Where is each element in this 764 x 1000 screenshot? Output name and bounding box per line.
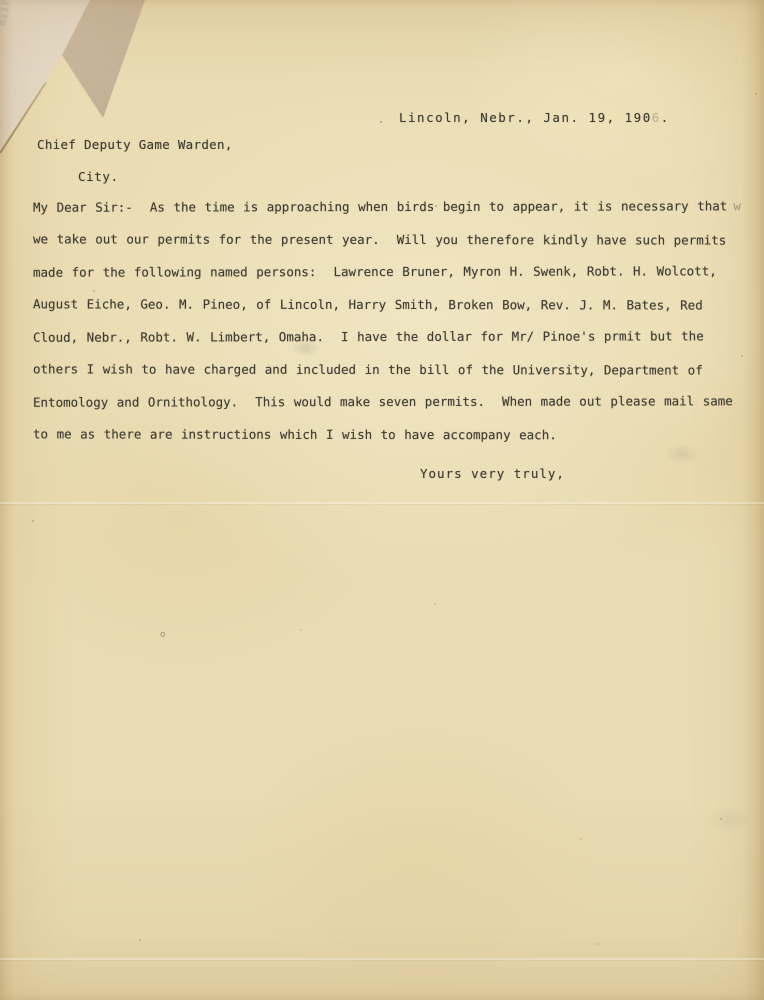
line-text: Entomology and Ornithology. This would m…	[33, 393, 733, 409]
line-text: we take out our permits for the present …	[33, 231, 726, 247]
line-text: made for the following named persons: La…	[33, 263, 717, 279]
ink-specks	[380, 121, 382, 123]
letter-line: we take out our permits for the present …	[33, 231, 755, 265]
dateline: Lincoln, Nebr., Jan. 19, 1906.	[399, 110, 670, 125]
faded-year-digit: 6	[652, 110, 661, 125]
letter-line: others I wish to have charged and includ…	[33, 361, 755, 395]
line-text: to me as there are instructions which I …	[33, 426, 557, 442]
letter-line: Entomology and Ornithology. This would m…	[33, 393, 755, 427]
dateline-period: .	[661, 110, 670, 125]
horizontal-fold-crease	[0, 958, 764, 960]
ghost-print-text: UTTLE	[0, 0, 12, 26]
letter-scan: ER TA UTTLE MI Lincoln, Nebr., Jan. 19, …	[0, 0, 764, 1000]
recipient-line: Chief Deputy Game Warden,	[37, 137, 233, 152]
rust-specks	[755, 93, 757, 95]
ink-smudge	[700, 800, 760, 840]
letter-line: My Dear Sir:- As the time is approaching…	[33, 198, 755, 232]
horizontal-fold-crease	[0, 502, 764, 504]
stray-ink-mark: o	[160, 630, 165, 640]
letter-line: to me as there are instructions which I …	[33, 426, 755, 460]
line-text: Cloud, Nebr., Robt. W. Limbert, Omaha. I…	[33, 328, 704, 344]
letter-line: Cloud, Nebr., Robt. W. Limbert, Omaha. I…	[33, 328, 755, 362]
letter-line: made for the following named persons: La…	[33, 263, 755, 297]
closing-line: Yours very truly,	[420, 466, 565, 481]
faint-stray-letter: w	[733, 198, 741, 213]
line-text: August Eiche, Geo. M. Pineo, of Lincoln,…	[33, 296, 703, 312]
line-text: My Dear Sir:- As the time is approaching…	[33, 198, 727, 214]
letter-line: August Eiche, Geo. M. Pineo, of Lincoln,…	[33, 296, 755, 330]
dateline-text: Lincoln, Nebr., Jan. 19, 190	[399, 110, 652, 125]
line-text: others I wish to have charged and includ…	[33, 361, 703, 377]
letter-body: My Dear Sir:- As the time is approaching…	[33, 199, 755, 459]
recipient-city-line: City.	[78, 169, 119, 184]
